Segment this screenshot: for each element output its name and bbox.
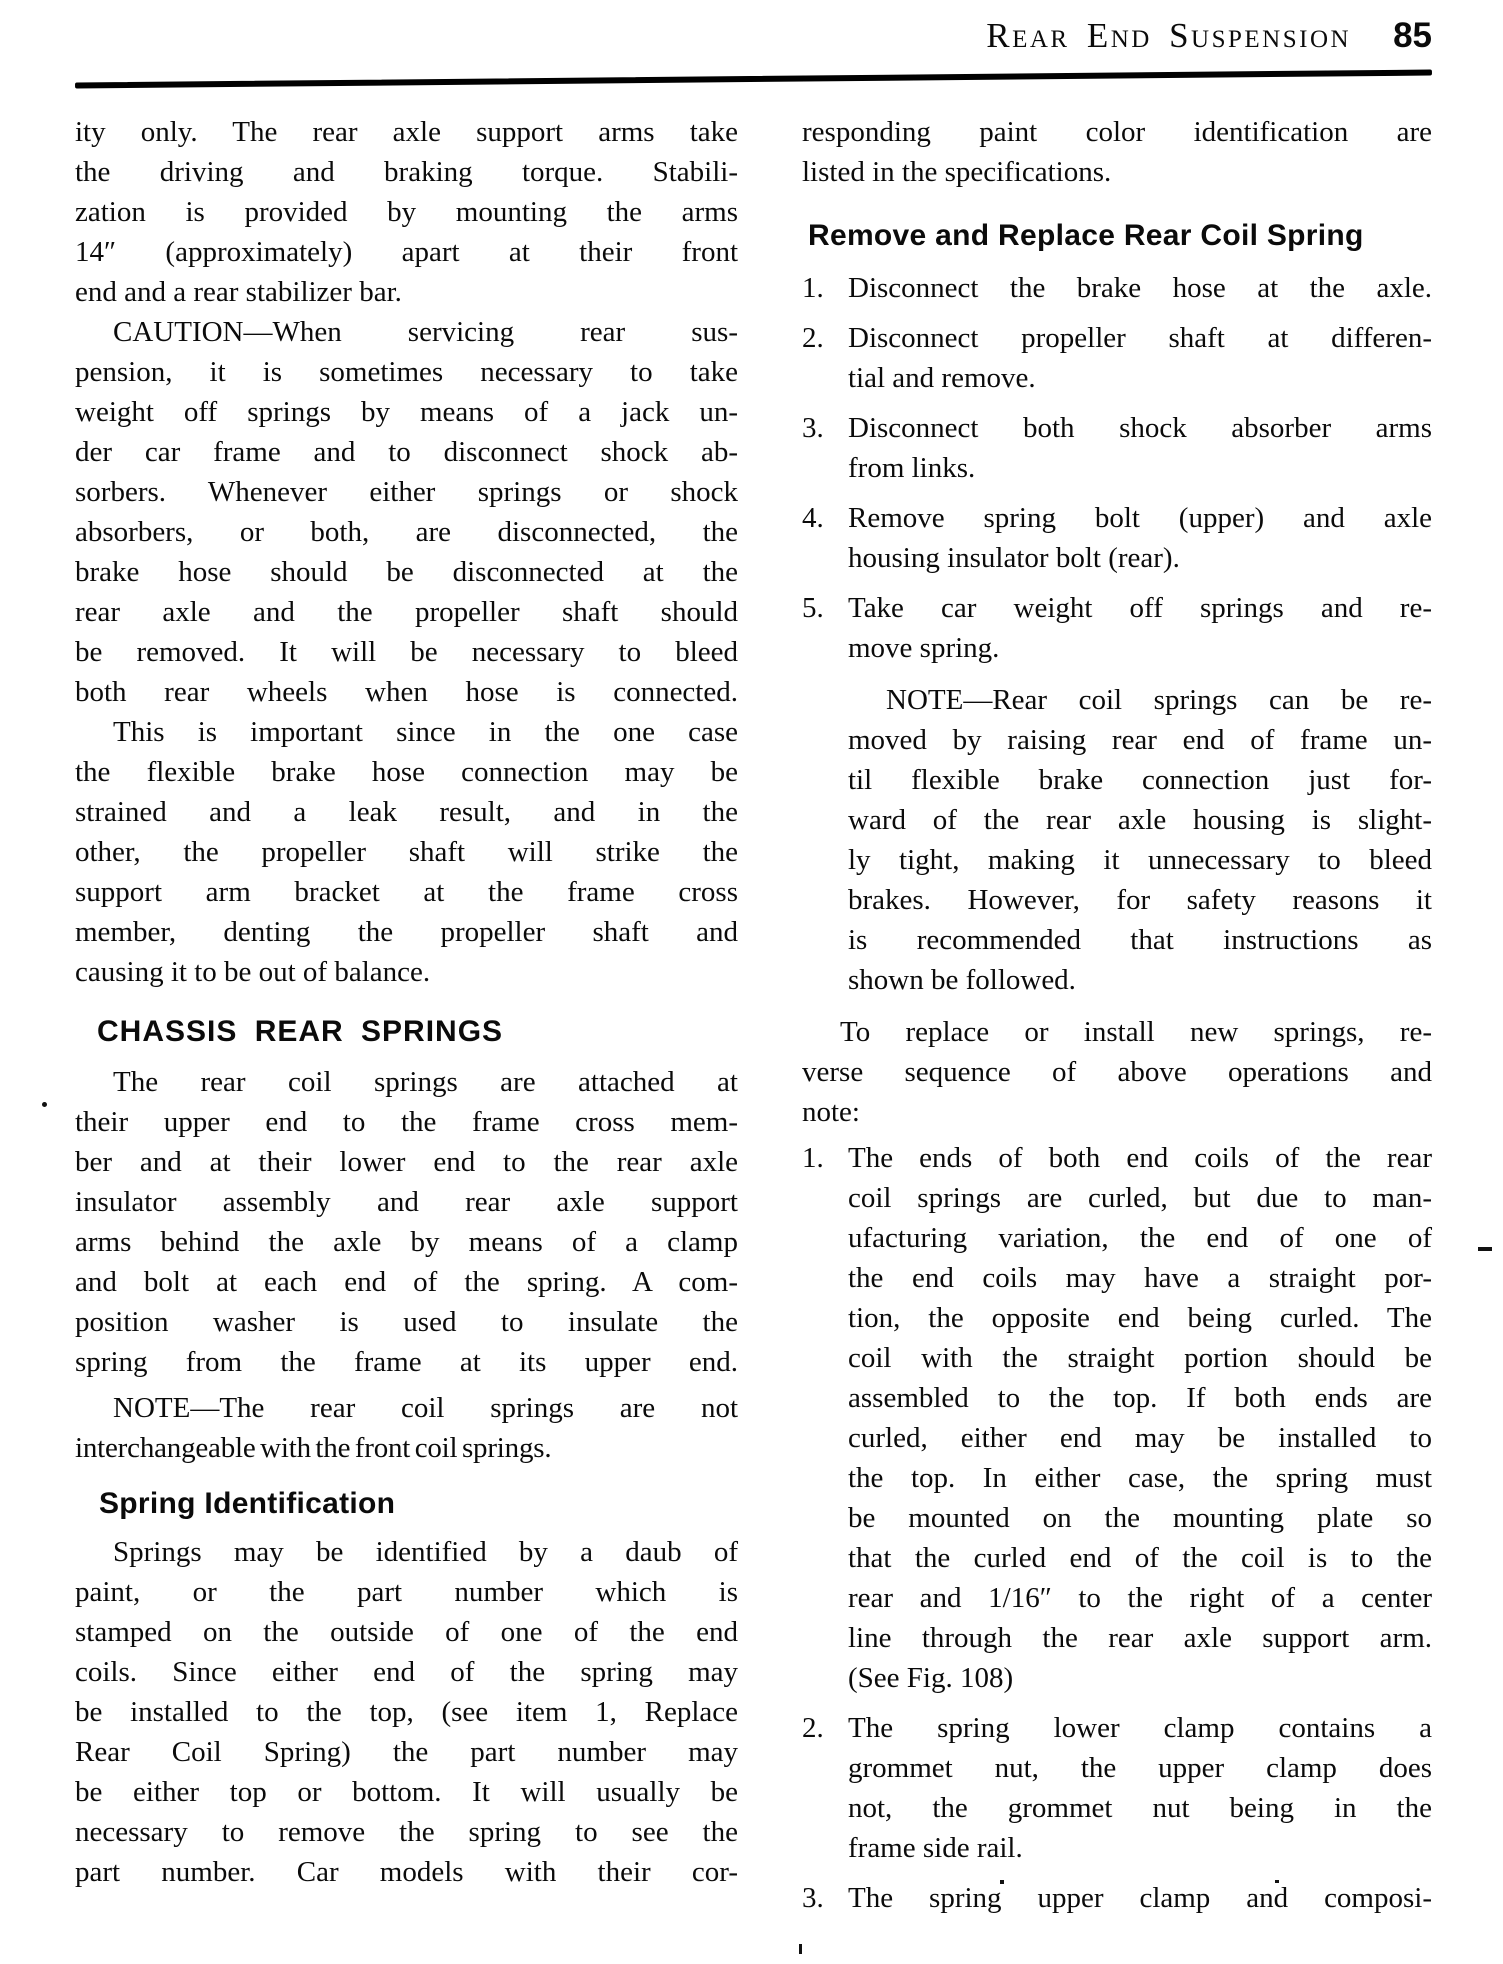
list-number: 5. xyxy=(802,588,848,668)
text-line: The spring lower clamp contains a xyxy=(848,1708,1432,1748)
text-line: the driving and braking torque. Stabili- xyxy=(75,152,738,192)
text-line: the top. In either case, the spring must xyxy=(848,1458,1432,1498)
text-line: and bolt at each end of the spring. A co… xyxy=(75,1262,738,1302)
text-line: weight off springs by means of a jack un… xyxy=(75,392,738,432)
text-line: Remove spring bolt (upper) and axle xyxy=(848,498,1432,538)
text-line: the flexible brake hose connection may b… xyxy=(75,752,738,792)
list-item: 5. Take car weight off springs and re-mo… xyxy=(802,588,1432,668)
text-line: arms behind the axle by means of a clamp xyxy=(75,1222,738,1262)
text-line: member, denting the propeller shaft and xyxy=(75,912,738,952)
left-column: ity only. The rear axle support arms tak… xyxy=(75,112,738,1892)
text-line: absorbers, or both, are disconnected, th… xyxy=(75,512,738,552)
note-paragraph: NOTE—Rear coil springs can be re-moved b… xyxy=(848,680,1432,1000)
text-line: brakes. However, for safety reasons it xyxy=(848,880,1432,920)
text-line: interchangeable with the front coil spri… xyxy=(75,1428,738,1468)
text-line: rear axle and the propeller shaft should xyxy=(75,592,738,632)
header-rule xyxy=(75,69,1432,88)
manual-page: Rear End Suspension 85 ity only. The rea… xyxy=(0,0,1503,1964)
text-line: sorbers. Whenever either springs or shoc… xyxy=(75,472,738,512)
list-number: 1. xyxy=(802,1138,848,1698)
text-line: CAUTION—When servicing rear sus- xyxy=(75,312,738,352)
text-line: curled, either end may be installed to xyxy=(848,1418,1432,1458)
text-line: zation is provided by mounting the arms xyxy=(75,192,738,232)
text-line: be removed. It will be necessary to blee… xyxy=(75,632,738,672)
text-line: coil with the straight portion should be xyxy=(848,1338,1432,1378)
text-line: paint, or the part number which is xyxy=(75,1572,738,1612)
text-line: rear and 1/16″ to the right of a center xyxy=(848,1578,1432,1618)
text-line: housing insulator bolt (rear). xyxy=(848,538,1432,578)
page-header: Rear End Suspension 85 xyxy=(75,16,1432,56)
text-line: causing it to be out of balance. xyxy=(75,952,738,992)
scan-speck xyxy=(1000,1880,1004,1884)
text-line: the end coils may have a straight por- xyxy=(848,1258,1432,1298)
list-item-text: The ends of both end coils of the rearco… xyxy=(848,1138,1432,1698)
list-item-text: Disconnect the brake hose at the axle. xyxy=(848,268,1432,308)
scan-speck xyxy=(1478,1247,1492,1251)
list-number: 2. xyxy=(802,1708,848,1868)
text-line: be installed to the top, (see item 1, Re… xyxy=(75,1692,738,1732)
text-line: pension, it is sometimes necessary to ta… xyxy=(75,352,738,392)
text-line: be mounted on the mounting plate so xyxy=(848,1498,1432,1538)
list-number: 3. xyxy=(802,1878,848,1918)
list-item: 1. The ends of both end coils of the rea… xyxy=(802,1138,1432,1698)
scan-speck xyxy=(42,1102,47,1107)
paragraph-replace: To replace or install new springs, re-ve… xyxy=(802,1012,1432,1132)
text-line: (See Fig. 108) xyxy=(848,1658,1432,1698)
paragraph-identification: Springs may be identified by a daub ofpa… xyxy=(75,1532,738,1892)
text-line: NOTE—The rear coil springs are not xyxy=(75,1388,738,1428)
text-line: This is important since in the one case xyxy=(75,712,738,752)
list-number: 3. xyxy=(802,408,848,488)
text-line: line through the rear axle support arm. xyxy=(848,1618,1432,1658)
text-line: ber and at their lower end to the rear a… xyxy=(75,1142,738,1182)
section-heading-chassis-rear-springs: CHASSIS REAR SPRINGS xyxy=(97,1012,738,1052)
list-number: 4. xyxy=(802,498,848,578)
text-line: stamped on the outside of one of the end xyxy=(75,1612,738,1652)
text-line: NOTE—Rear coil springs can be re- xyxy=(848,680,1432,720)
text-line: ward of the rear axle housing is slight- xyxy=(848,800,1432,840)
text-line: other, the propeller shaft will strike t… xyxy=(75,832,738,872)
text-line: brake hose should be disconnected at the xyxy=(75,552,738,592)
text-line: The rear coil springs are attached at xyxy=(75,1062,738,1102)
text-line: both rear wheels when hose is connected. xyxy=(75,672,738,712)
text-line: insulator assembly and rear axle support xyxy=(75,1182,738,1222)
scan-speck xyxy=(799,1944,802,1954)
text-line: ly tight, making it unnecessary to bleed xyxy=(848,840,1432,880)
page-title: Rear End Suspension xyxy=(986,16,1351,56)
text-line: Rear Coil Spring) the part number may xyxy=(75,1732,738,1772)
text-line: The ends of both end coils of the rear xyxy=(848,1138,1432,1178)
text-line: part number. Car models with their cor- xyxy=(75,1852,738,1892)
text-line: ity only. The rear axle support arms tak… xyxy=(75,112,738,152)
list-item-text: Remove spring bolt (upper) and axlehousi… xyxy=(848,498,1432,578)
text-line: be either top or bottom. It will usually… xyxy=(75,1772,738,1812)
text-line: moved by raising rear end of frame un- xyxy=(848,720,1432,760)
list-item-text: Disconnect both shock absorber armsfrom … xyxy=(848,408,1432,488)
text-line: ufacturing variation, the end of one of xyxy=(848,1218,1432,1258)
text-line: tial and remove. xyxy=(848,358,1432,398)
text-line: Disconnect both shock absorber arms xyxy=(848,408,1432,448)
paragraph-continued: ity only. The rear axle support arms tak… xyxy=(75,112,738,312)
list-item: 2. The spring lower clamp contains agrom… xyxy=(802,1708,1432,1868)
text-line: move spring. xyxy=(848,628,1432,668)
text-line: listed in the specifications. xyxy=(802,152,1432,192)
text-line: end and a rear stabilizer bar. xyxy=(75,272,738,312)
page-number: 85 xyxy=(1393,16,1432,56)
text-line: position washer is used to insulate the xyxy=(75,1302,738,1342)
text-line: verse sequence of above operations and xyxy=(802,1052,1432,1092)
text-line: from links. xyxy=(848,448,1432,488)
paragraph-springs: The rear coil springs are attached atthe… xyxy=(75,1062,738,1382)
text-line: shown be followed. xyxy=(848,960,1432,1000)
text-line: grommet nut, the upper clamp does xyxy=(848,1748,1432,1788)
text-line: tion, the opposite end being curled. The xyxy=(848,1298,1432,1338)
text-line: strained and a leak result, and in the xyxy=(75,792,738,832)
text-line: der car frame and to disconnect shock ab… xyxy=(75,432,738,472)
text-line: note: xyxy=(802,1092,1432,1132)
text-line: til flexible brake connection just for- xyxy=(848,760,1432,800)
list-number: 1. xyxy=(802,268,848,308)
list-item-text: Take car weight off springs and re-move … xyxy=(848,588,1432,668)
paragraph-caution: CAUTION—When servicing rear sus-pension,… xyxy=(75,312,738,712)
text-line: Disconnect the brake hose at the axle. xyxy=(848,268,1432,308)
list-item: 3. Disconnect both shock absorber armsfr… xyxy=(802,408,1432,488)
text-line: Disconnect propeller shaft at differen- xyxy=(848,318,1432,358)
list-item: 4. Remove spring bolt (upper) and axleho… xyxy=(802,498,1432,578)
text-line: To replace or install new springs, re- xyxy=(802,1012,1432,1052)
text-line: The spring upper clamp and composi- xyxy=(848,1878,1432,1918)
section-heading-remove-replace: Remove and Replace Rear Coil Spring xyxy=(808,216,1432,256)
text-line: is recommended that instructions as xyxy=(848,920,1432,960)
list-item: 3. The spring upper clamp and composi- xyxy=(802,1878,1432,1918)
section-heading-spring-identification: Spring Identification xyxy=(99,1484,738,1524)
text-line: responding paint color identification ar… xyxy=(802,112,1432,152)
text-line: support arm bracket at the frame cross xyxy=(75,872,738,912)
text-line: spring from the frame at its upper end. xyxy=(75,1342,738,1382)
text-line: that the curled end of the coil is to th… xyxy=(848,1538,1432,1578)
text-line: frame side rail. xyxy=(848,1828,1432,1868)
list-item: 2. Disconnect propeller shaft at differe… xyxy=(802,318,1432,398)
text-line: not, the grommet nut being in the xyxy=(848,1788,1432,1828)
paragraph-important: This is important since in the one caset… xyxy=(75,712,738,992)
text-line: Springs may be identified by a daub of xyxy=(75,1532,738,1572)
list-item-text: The spring lower clamp contains agrommet… xyxy=(848,1708,1432,1868)
text-line: their upper end to the frame cross mem- xyxy=(75,1102,738,1142)
text-line: assembled to the top. If both ends are xyxy=(848,1378,1432,1418)
text-line: necessary to remove the spring to see th… xyxy=(75,1812,738,1852)
scan-speck xyxy=(1275,1880,1279,1883)
text-line: coil springs are curled, but due to man- xyxy=(848,1178,1432,1218)
text-line: Take car weight off springs and re- xyxy=(848,588,1432,628)
list-number: 2. xyxy=(802,318,848,398)
list-item: 1. Disconnect the brake hose at the axle… xyxy=(802,268,1432,308)
paragraph-continued: responding paint color identification ar… xyxy=(802,112,1432,192)
list-item-text: Disconnect propeller shaft at differen-t… xyxy=(848,318,1432,398)
right-column: responding paint color identification ar… xyxy=(802,112,1432,1928)
list-item-text: The spring upper clamp and composi- xyxy=(848,1878,1432,1918)
note-paragraph: NOTE—The rear coil springs are notinterc… xyxy=(75,1388,738,1468)
text-line: 14″ (approximately) apart at their front xyxy=(75,232,738,272)
text-line: coils. Since either end of the spring ma… xyxy=(75,1652,738,1692)
